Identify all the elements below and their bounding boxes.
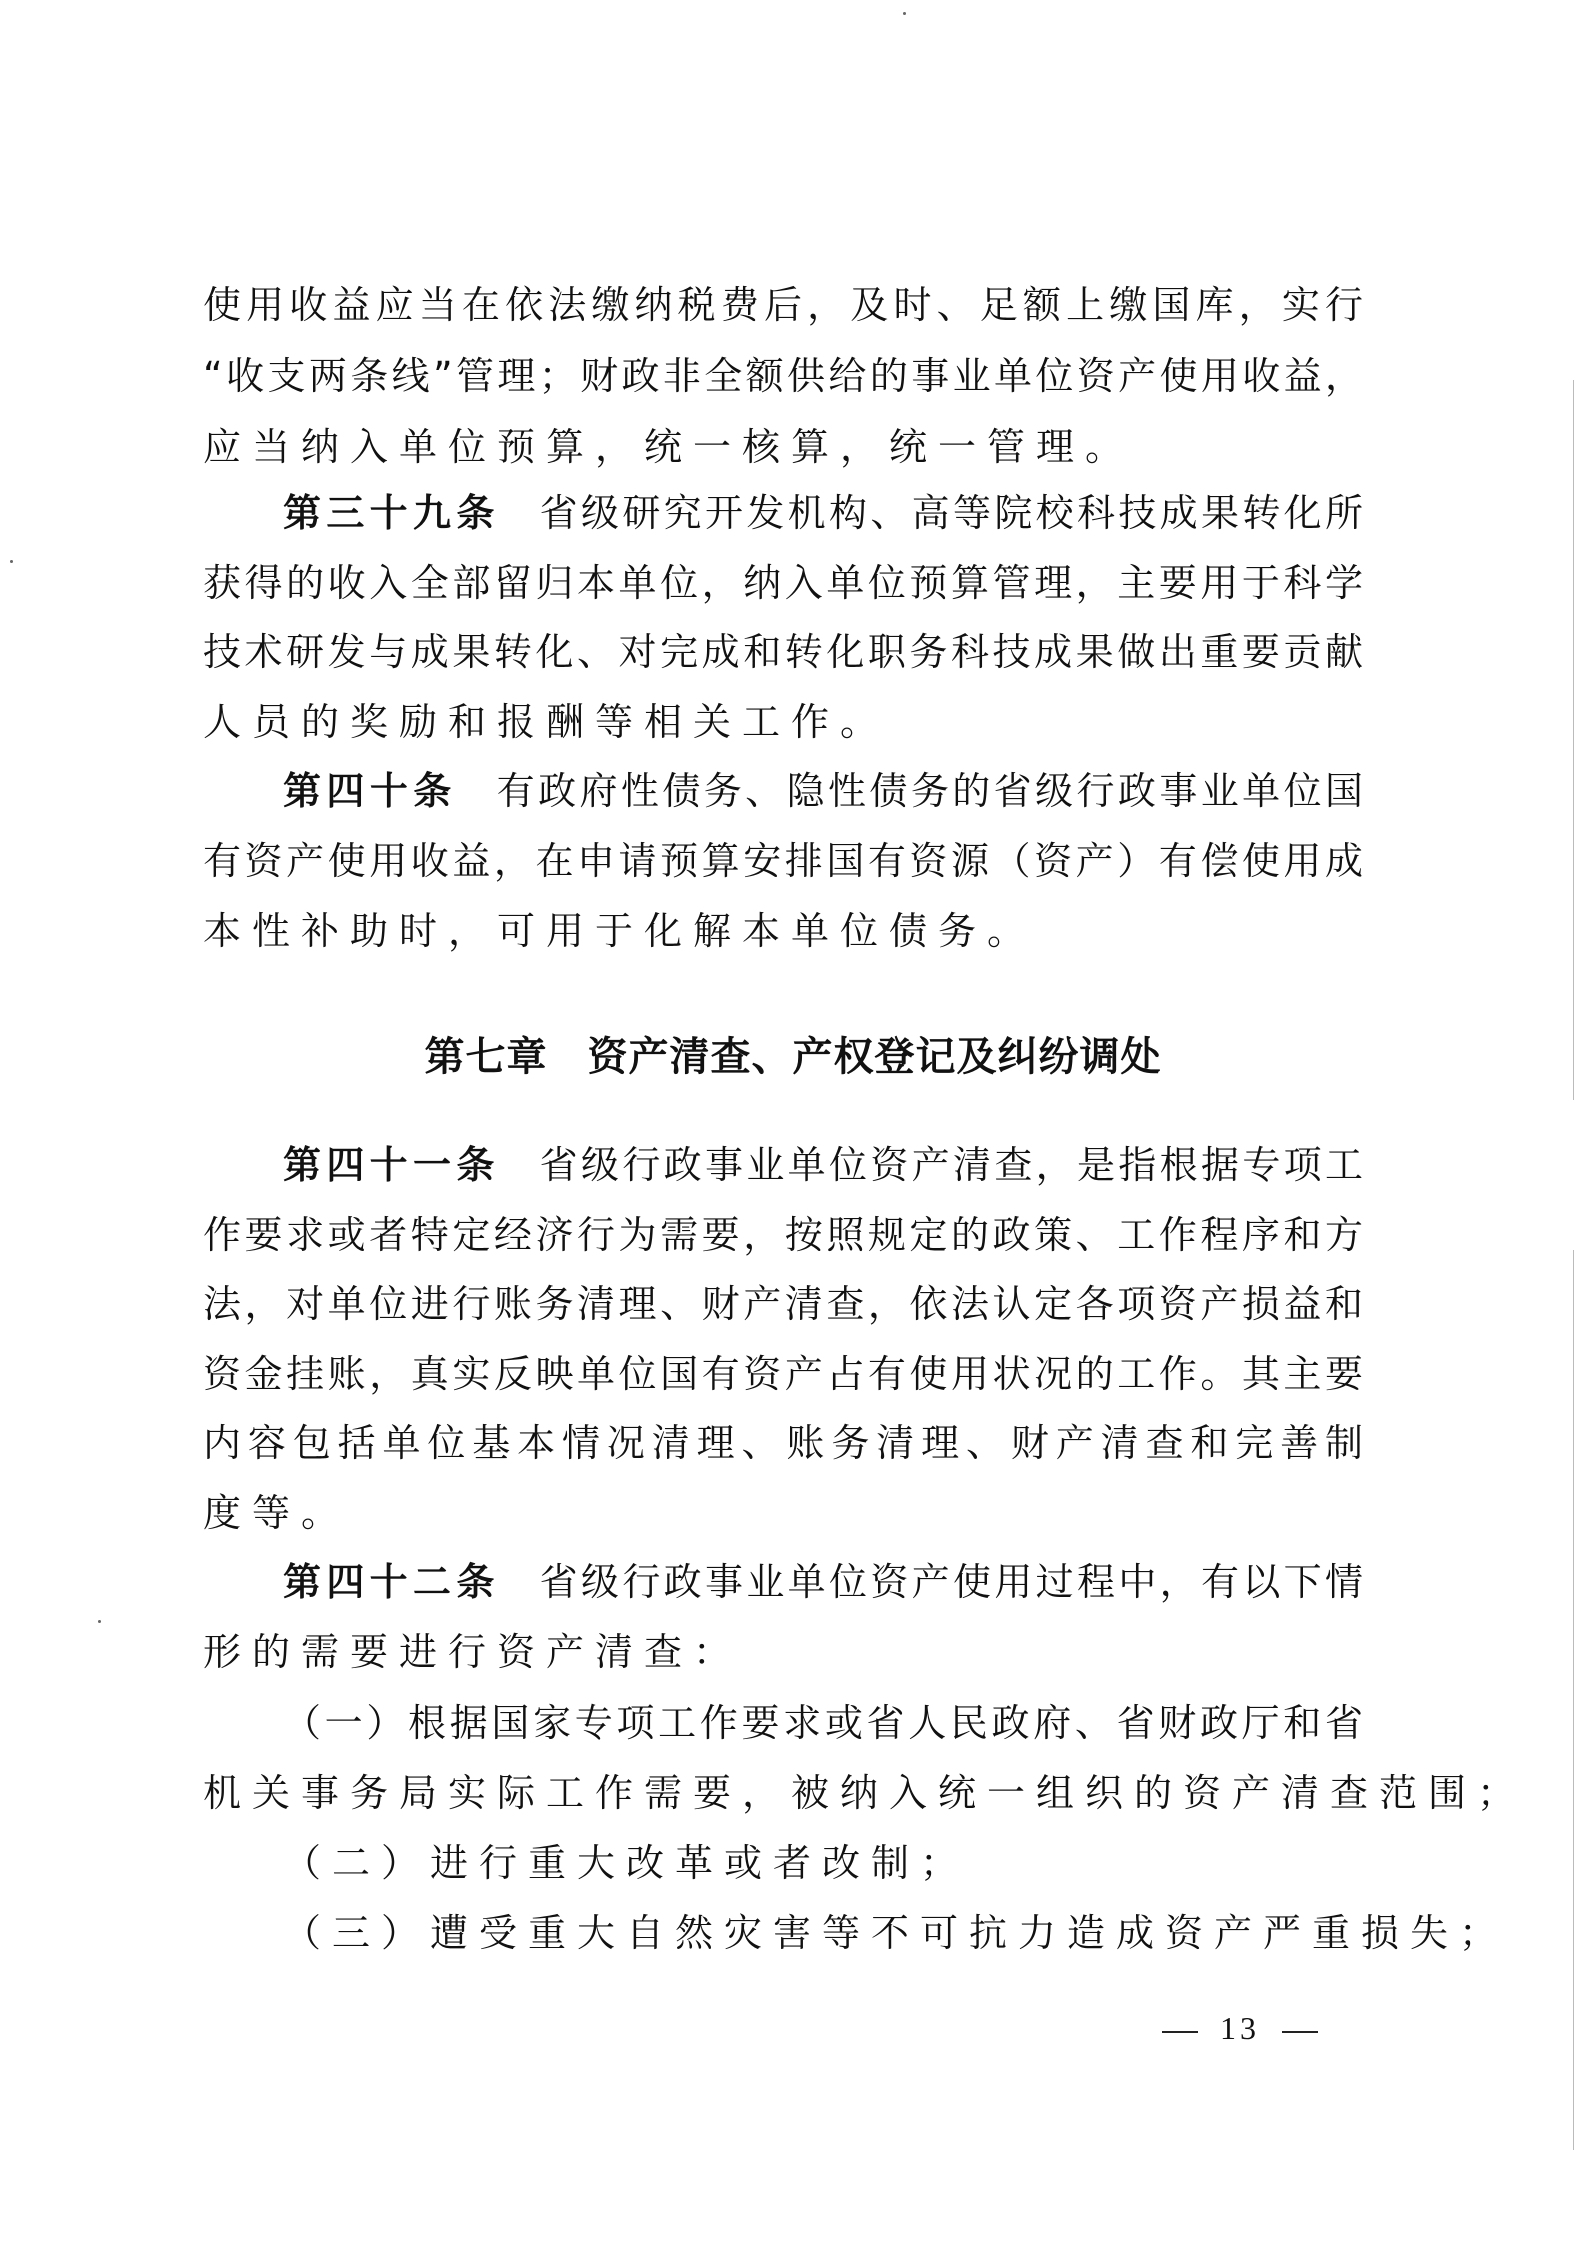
scan-speck bbox=[98, 1620, 101, 1623]
chapter-heading: 第七章资产清查、产权登记及纠纷调处 bbox=[0, 1025, 1586, 1082]
text-segment: 有政府性债务、隐性债务的省级行政事业单位国 bbox=[497, 769, 1363, 813]
scan-edge-line bbox=[1573, 380, 1574, 1100]
text-line: 有资产使用收益，在申请预算安排国有资源（资产）有偿使用成 bbox=[203, 838, 1363, 884]
article-40-first-line: 第四十条有政府性债务、隐性债务的省级行政事业单位国 bbox=[283, 768, 1363, 814]
chapter-title: 资产清查、产权登记及纠纷调处 bbox=[588, 1033, 1162, 1080]
text-segment: 省级行政事业单位资产清查，是指根据专项工 bbox=[540, 1143, 1363, 1187]
text-segment: 省级行政事业单位资产使用过程中，有以下情 bbox=[540, 1560, 1363, 1604]
text-line: 形的需要进行资产清查： bbox=[203, 1629, 1363, 1675]
page-number-value: 13 bbox=[1220, 2010, 1260, 2046]
text-line: 人员的奖励和报酬等相关工作。 bbox=[203, 699, 1363, 745]
list-item-2: （二）进行重大改革或者改制； bbox=[283, 1840, 1363, 1886]
scan-speck bbox=[903, 12, 906, 15]
text-line: 应当纳入单位预算，统一核算，统一管理。 bbox=[203, 424, 1363, 470]
dash-decoration bbox=[1282, 2031, 1318, 2033]
text-line: 内容包括单位基本情况清理、账务清理、财产清查和完善制 bbox=[203, 1420, 1363, 1466]
scan-edge-line bbox=[1573, 1250, 1574, 2150]
text-line: 作要求或者特定经济行为需要，按照规定的政策、工作程序和方 bbox=[203, 1212, 1363, 1258]
text-line: 获得的收入全部留归本单位，纳入单位预算管理，主要用于科学 bbox=[203, 560, 1363, 606]
text-line: “收支两条线”管理；财政非全额供给的事业单位资产使用收益， bbox=[203, 353, 1363, 399]
document-page: 使用收益应当在依法缴纳税费后，及时、足额上缴国库，实行 “收支两条线”管理；财政… bbox=[0, 0, 1586, 2242]
article-42-first-line: 第四十二条省级行政事业单位资产使用过程中，有以下情 bbox=[283, 1559, 1363, 1605]
text-line: 法，对单位进行账务清理、财产清查，依法认定各项资产损益和 bbox=[203, 1281, 1363, 1327]
text-line: 本性补助时，可用于化解本单位债务。 bbox=[203, 908, 1363, 954]
dash-decoration bbox=[1162, 2031, 1198, 2033]
text-line: 使用收益应当在依法缴纳税费后，及时、足额上缴国库，实行 bbox=[203, 282, 1363, 328]
article-label: 第四十条 bbox=[283, 769, 457, 813]
article-label: 第三十九条 bbox=[283, 491, 500, 535]
text-line: 技术研发与成果转化、对完成和转化职务科技成果做出重要贡献 bbox=[203, 629, 1363, 675]
text-line: 机关事务局实际工作需要，被纳入统一组织的资产清查范围； bbox=[203, 1770, 1363, 1816]
text-segment: 省级研究开发机构、高等院校科技成果转化所 bbox=[540, 491, 1363, 535]
list-item-3: （三）遭受重大自然灾害等不可抗力造成资产严重损失； bbox=[283, 1910, 1363, 1956]
text-line: 资金挂账，真实反映单位国有资产占有使用状况的工作。其主要 bbox=[203, 1351, 1363, 1397]
chapter-number: 第七章 bbox=[425, 1033, 548, 1080]
article-label: 第四十二条 bbox=[283, 1560, 500, 1604]
article-label: 第四十一条 bbox=[283, 1143, 500, 1187]
page-number: 13 bbox=[1140, 2010, 1340, 2047]
article-41-first-line: 第四十一条省级行政事业单位资产清查，是指根据专项工 bbox=[283, 1142, 1363, 1188]
list-item-1: （一）根据国家专项工作要求或省人民政府、省财政厅和省 bbox=[283, 1700, 1363, 1746]
article-39-first-line: 第三十九条省级研究开发机构、高等院校科技成果转化所 bbox=[283, 490, 1363, 536]
scan-speck bbox=[10, 560, 13, 563]
text-line: 度等。 bbox=[203, 1490, 1363, 1536]
